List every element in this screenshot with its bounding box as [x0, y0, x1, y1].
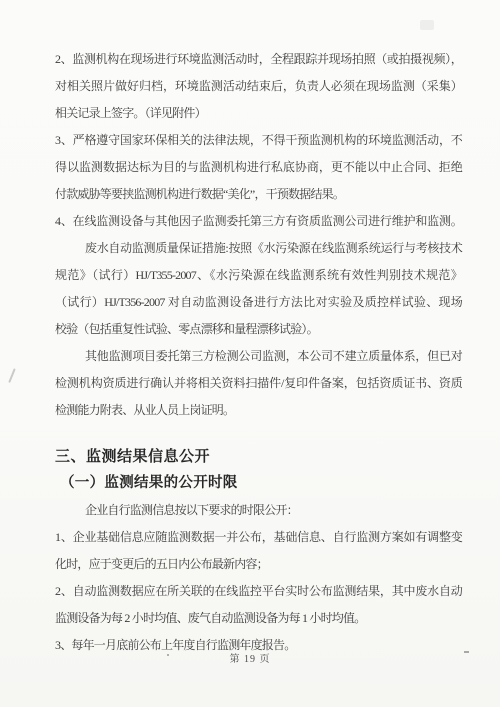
document-line: 监测设备为每 2 小时均值、废气自动监测设备为每 1 小时均值。 — [55, 605, 462, 632]
document-line: 4、在线监测设备与其他因子监测委托第三方有资质监测公司进行维护和监测。 — [55, 208, 462, 235]
document-line: 化时，应于变更后的五日内公布最新内容； — [55, 551, 462, 578]
scan-artifact-smudge — [420, 20, 434, 30]
document-line: 校验（包括重复性试验、零点漂移和量程漂移试验）。 — [55, 316, 462, 343]
page-number-footer: 第 19 页 — [0, 650, 500, 665]
document-line: 2、自动监测数据应在所关联的在线监控平台实时公布监测结果，其中废水自动 — [55, 578, 462, 605]
scanned-document-page: 2、监测机构在现场进行环境监测活动时，全程跟踪并现场拍照（或拍摄视频），对相关照… — [0, 0, 500, 707]
scan-artifact-dash — [464, 651, 469, 653]
scan-artifact-dot — [167, 654, 169, 656]
document-line: （试行）HJ/T356-2007 对自动监测设备进行方法比对实验及质控样试验、现… — [55, 289, 462, 316]
scan-artifact-slash — [8, 368, 15, 382]
document-line: 规范》（试行）HJ/T355-2007、《水污染源在线监测系统有效性判别技术规范… — [55, 262, 462, 289]
document-line: 三、监测结果信息公开 — [55, 443, 462, 470]
document-content: 2、监测机构在现场进行环境监测活动时，全程跟踪并现场拍照（或拍摄视频），对相关照… — [55, 46, 462, 659]
document-line: 企业自行监测信息按以下要求的时限公开： — [55, 497, 462, 524]
document-line: 3、严格遵守国家环保相关的法律法规，不得干预监测机构的环境监测活动，不 — [55, 127, 462, 154]
document-line: 其他监测项目委托第三方检测公司监测，本公司不建立质量体系，但已对 — [55, 343, 462, 370]
document-line: 废水自动监测质量保证措施:按照《水污染源在线监测系统运行与考核技术 — [55, 235, 462, 262]
document-line: 2、监测机构在现场进行环境监测活动时，全程跟踪并现场拍照（或拍摄视频）， — [55, 46, 462, 73]
document-line: 检测机构资质进行确认并将相关资料扫描件/复印件备案，包括资质证书、资质 — [55, 370, 462, 397]
document-line: 得以监测数据达标为目的与监测机构进行私底协商，更不能以中止合同、拒绝 — [55, 154, 462, 181]
document-line: （一）监测结果的公开时限 — [55, 470, 462, 497]
document-line: 对相关照片做好归档，环境监测活动结束后，负责人必须在现场监测（采集） — [55, 73, 462, 100]
document-line: 相关记录上签字。（详见附件） — [55, 100, 462, 127]
document-line: 检测能力附表、从业人员上岗证明。 — [55, 397, 462, 424]
document-line: 付款威胁等要挟监测机构进行数据“美化”，干预数据结果。 — [55, 181, 462, 208]
document-line: 1、企业基础信息应随监测数据一并公布，基础信息、自行监测方案如有调整变 — [55, 524, 462, 551]
